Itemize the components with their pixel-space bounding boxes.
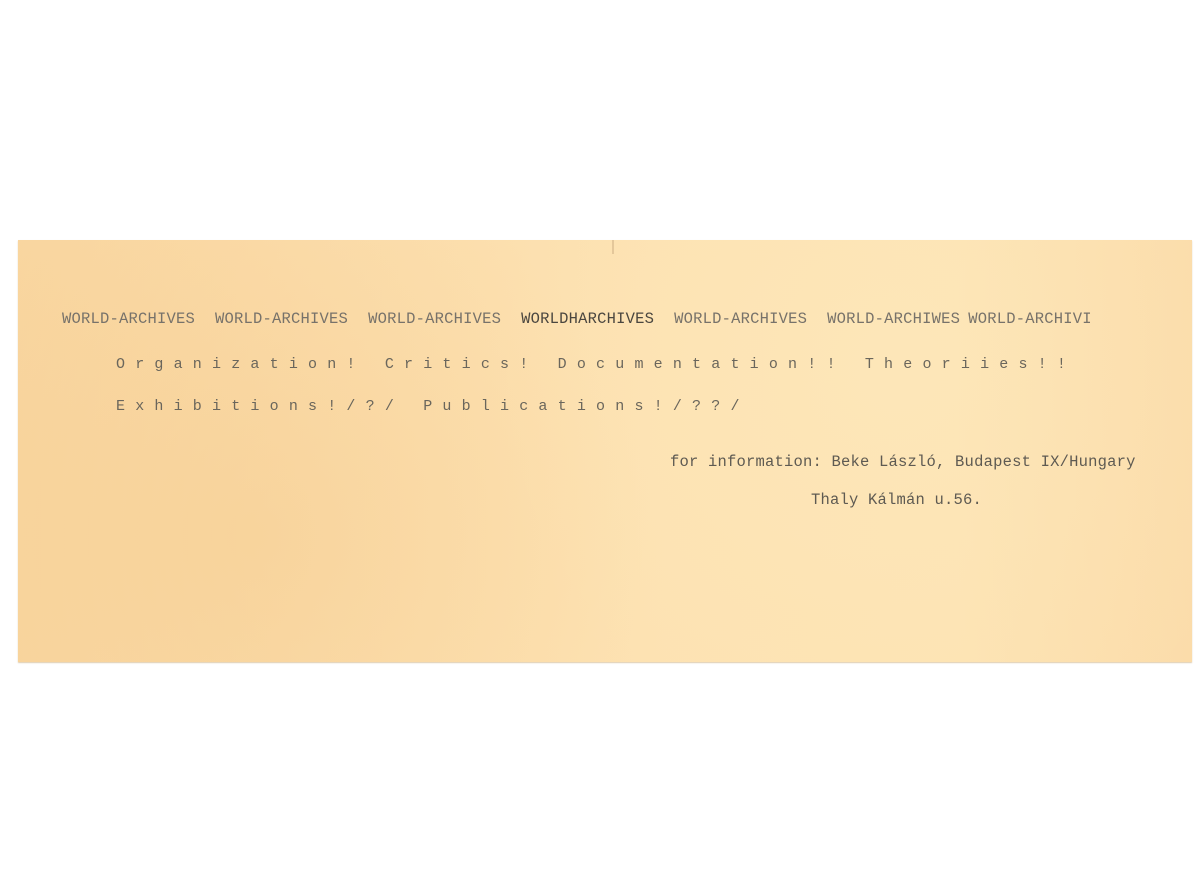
exhibitions-line: Exhibitions!/?/ Publications!/??/ xyxy=(116,398,750,415)
header-word: WORLD-ARCHIVES xyxy=(674,310,807,328)
contact-info: for information: Beke László, Budapest I… xyxy=(632,434,1136,548)
typewritten-card: WORLD-ARCHIVES WORLD-ARCHIVES WORLD-ARCH… xyxy=(18,240,1192,662)
contact-line-1: for information: Beke László, Budapest I… xyxy=(670,453,1136,471)
fold-mark xyxy=(612,240,614,254)
categories-line: Organization! Critics! Documentation!! T… xyxy=(116,356,1076,373)
header-repeat-line: WORLD-ARCHIVES WORLD-ARCHIVES WORLD-ARCH… xyxy=(62,310,1092,328)
header-word: WORLD-ARCHIVES xyxy=(215,310,348,328)
contact-line-2: Thaly Kálmán u.56. xyxy=(632,491,1136,510)
header-word: WORLD-ARCHIWES xyxy=(827,310,960,328)
header-word: WORLD-ARCHIVES xyxy=(368,310,501,328)
header-word-overstruck: WORLDHARCHIVES xyxy=(521,310,654,328)
header-word: WORLD-ARCHIVES xyxy=(62,310,195,328)
header-word-cut: WORLD-ARCHIVI xyxy=(968,310,1092,328)
